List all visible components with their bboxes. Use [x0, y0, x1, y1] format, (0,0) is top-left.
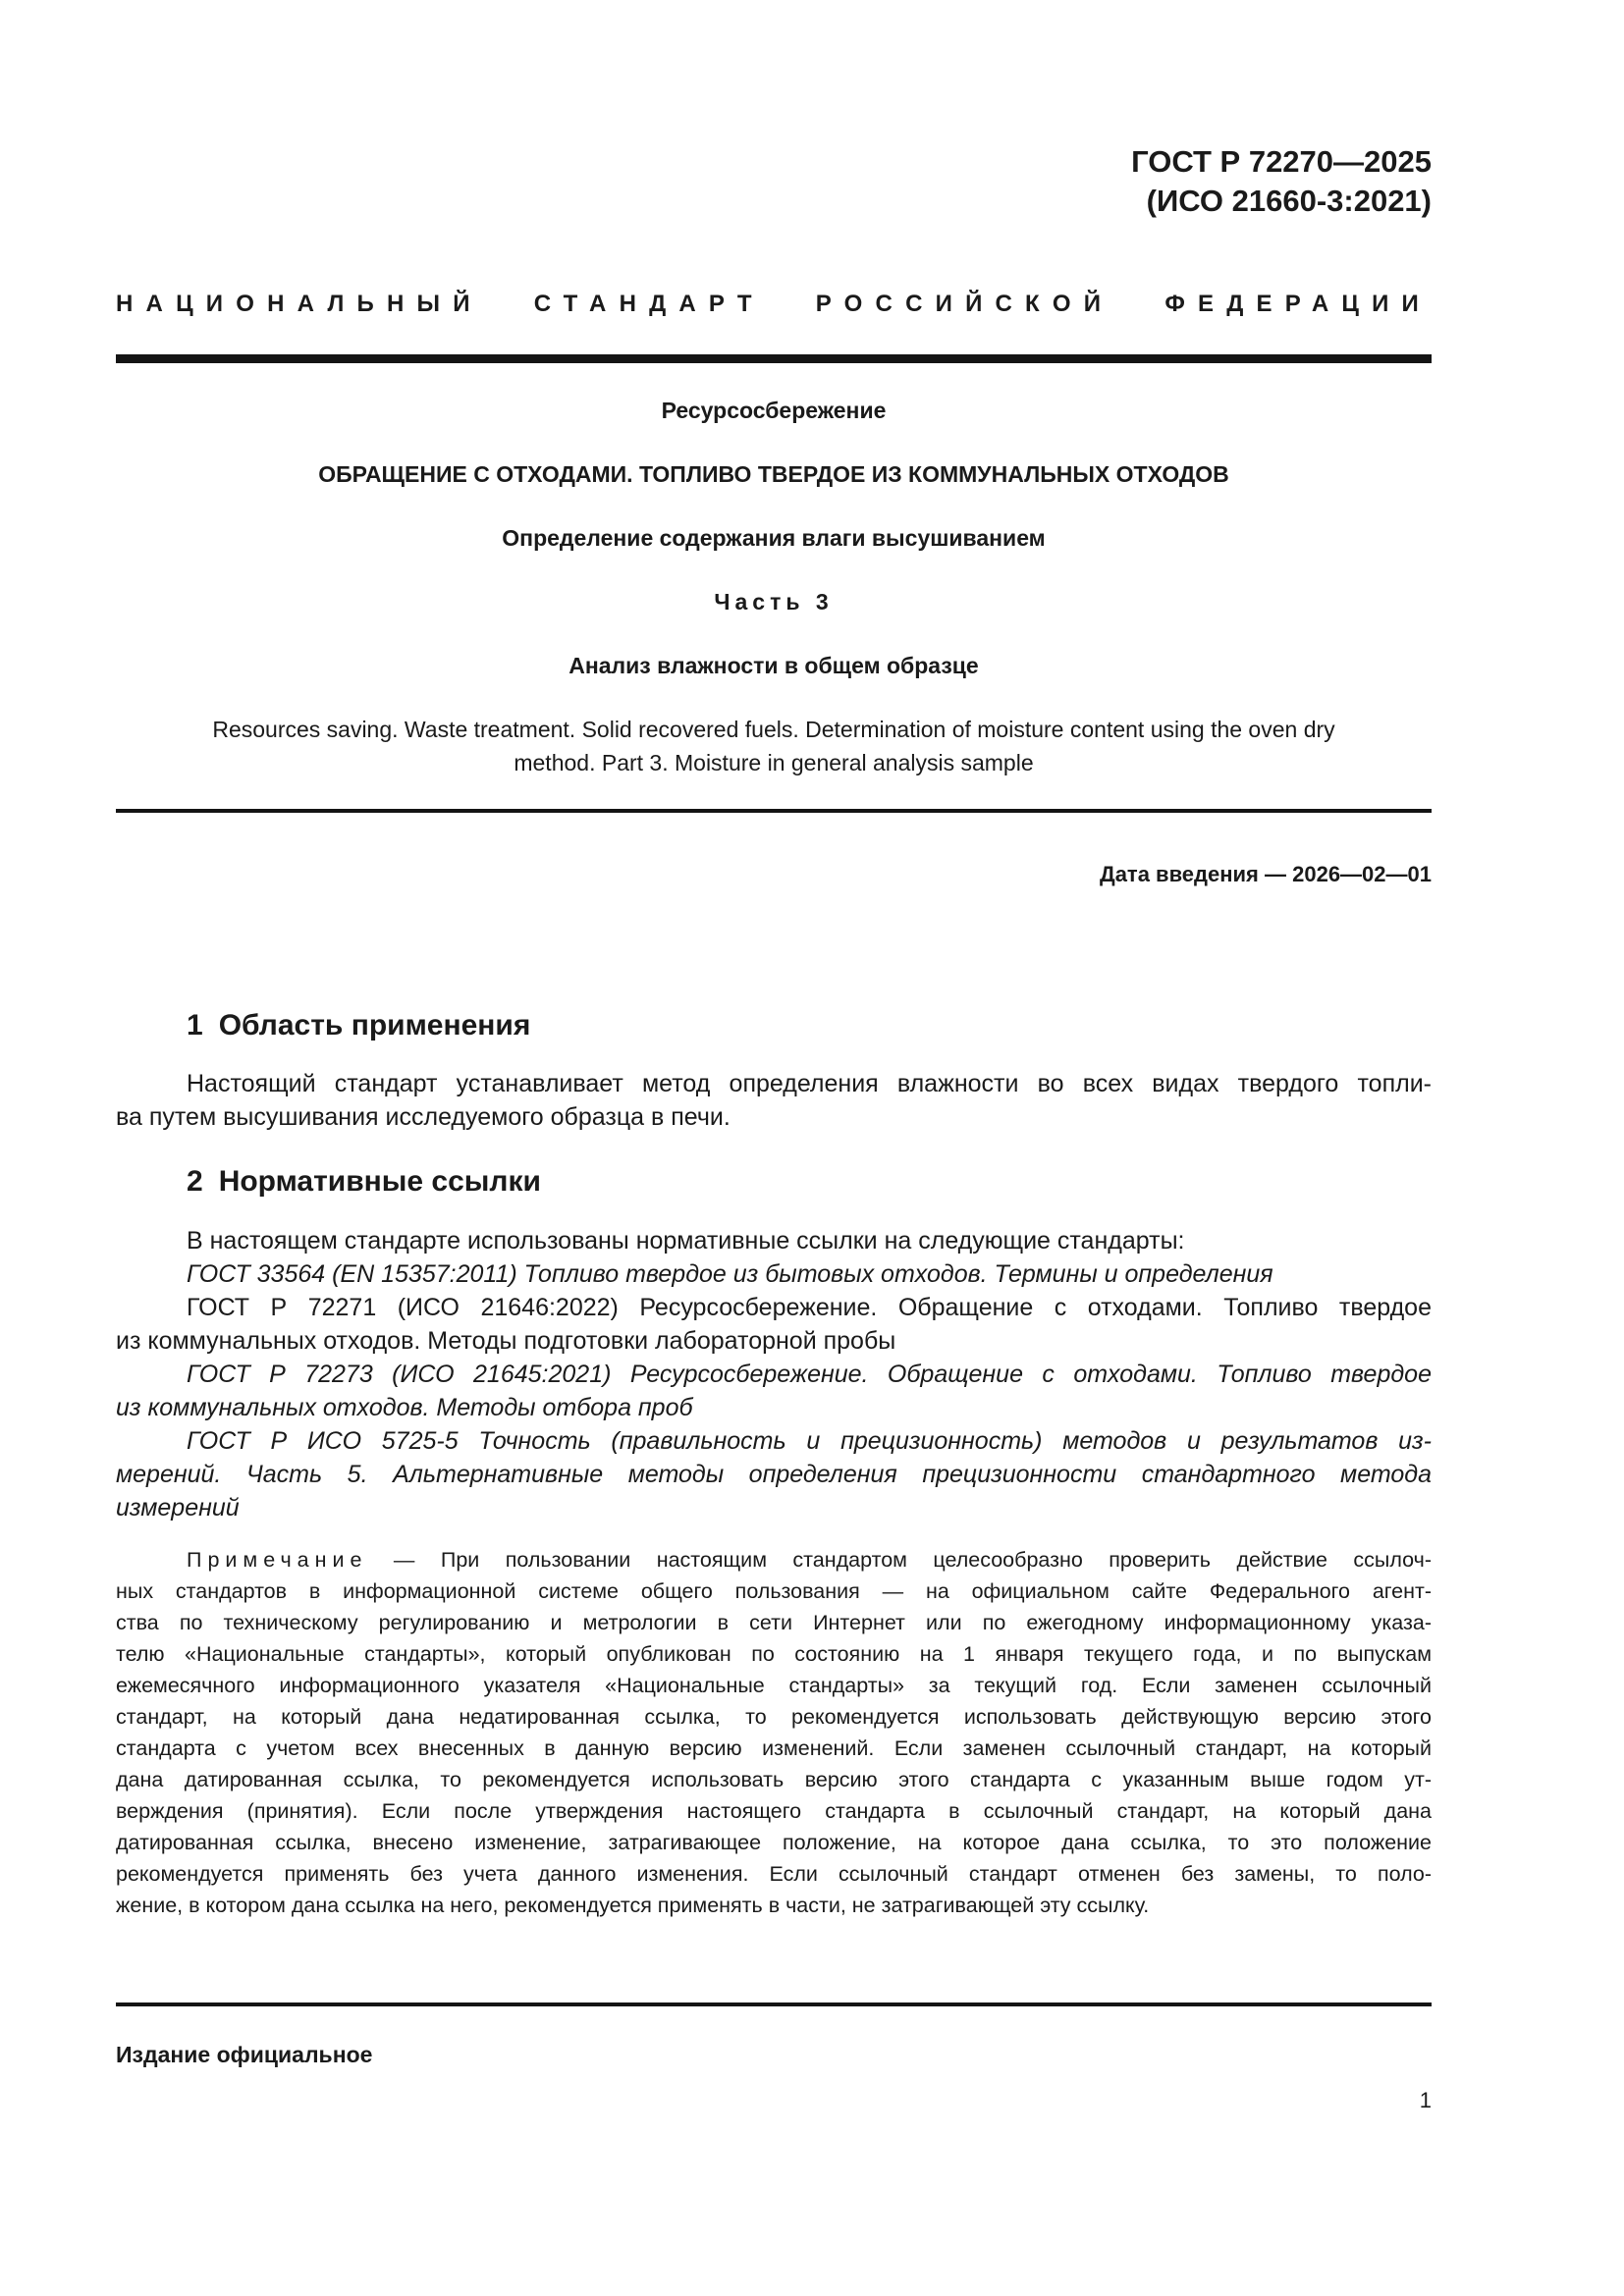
footer-rule: [116, 2002, 1432, 2006]
national-standard-title: НАЦИОНАЛЬНЫЙ СТАНДАРТ РОССИЙСКОЙ ФЕДЕРАЦ…: [116, 291, 1432, 318]
section-title: Область применения: [219, 1009, 531, 1041]
section-number: 1: [187, 1009, 203, 1041]
note-line: стандарт, на который дана недатированная…: [116, 1705, 1432, 1730]
note-line: ежемесячного информационного указателя «…: [116, 1674, 1432, 1698]
reference-item: ГОСТ 33564 (EN 15357:2011) Топливо тверд…: [187, 1260, 1432, 1289]
title-rule: [116, 809, 1432, 813]
main-title: ОБРАЩЕНИЕ С ОТХОДАМИ. ТОПЛИВО ТВЕРДОЕ ИЗ…: [116, 461, 1432, 488]
section-number: 2: [187, 1165, 203, 1198]
note-line: Примечание — При пользовании настоящим с…: [187, 1548, 1432, 1573]
references-intro: В настоящем стандарте использованы норма…: [187, 1227, 1432, 1255]
reference-item-cont: из коммунальных отходов. Методы подготов…: [116, 1327, 1432, 1356]
note-line: ных стандартов в информационной системе …: [116, 1579, 1432, 1604]
note-line: датированная ссылка, внесено изменение, …: [116, 1831, 1432, 1855]
section-title: Нормативные ссылки: [219, 1165, 541, 1198]
section-1-heading: 1Область применения: [187, 1009, 530, 1042]
iso-code: (ИСО 21660-3:2021): [1147, 183, 1432, 220]
effective-date: Дата введения — 2026—02—01: [116, 862, 1432, 887]
reference-item-cont: измерений: [116, 1494, 1432, 1522]
page-number: 1: [1420, 2088, 1432, 2113]
section-1-line: ва путем высушивания исследуемого образц…: [116, 1103, 1432, 1132]
note-line: ства по техническому регулированию и мет…: [116, 1611, 1432, 1635]
note-line: жение, в котором дана ссылка на него, ре…: [116, 1894, 1432, 1918]
official-edition-label: Издание официальное: [116, 2042, 372, 2068]
note-label: Примечание: [187, 1548, 367, 1572]
note-line: рекомендуется применять без учета данног…: [116, 1862, 1432, 1887]
note-line: дана датированная ссылка, то рекомендует…: [116, 1768, 1432, 1792]
standard-code: ГОСТ Р 72270—2025: [1131, 143, 1432, 181]
group-title: Ресурсосбережение: [116, 398, 1432, 424]
part-title: Анализ влажности в общем образце: [116, 653, 1432, 679]
subtitle: Определение содержания влаги высушивание…: [116, 525, 1432, 552]
reference-item: ГОСТ Р ИСО 5725-5 Точность (правильность…: [187, 1427, 1432, 1456]
english-title-line-2: method. Part 3. Moisture in general anal…: [116, 746, 1432, 779]
note-line: стандарта с учетом всех внесенных в данн…: [116, 1736, 1432, 1761]
reference-item-cont: мерений. Часть 5. Альтернативные методы …: [116, 1461, 1432, 1489]
section-1-line: Настоящий стандарт устанавливает метод о…: [187, 1070, 1432, 1098]
part-label: Часть 3: [116, 589, 1432, 615]
section-2-heading: 2Нормативные ссылки: [187, 1165, 541, 1199]
reference-item-cont: из коммунальных отходов. Методы отбора п…: [116, 1394, 1432, 1422]
note-line: телю «Национальные стандарты», который о…: [116, 1642, 1432, 1667]
header-rule: [116, 354, 1432, 363]
note-line: верждения (принятия). Если после утвержд…: [116, 1799, 1432, 1824]
english-title-line-1: Resources saving. Waste treatment. Solid…: [116, 713, 1432, 746]
reference-item: ГОСТ Р 72271 (ИСО 21646:2022) Ресурсосбе…: [187, 1294, 1432, 1322]
reference-item: ГОСТ Р 72273 (ИСО 21645:2021) Ресурсосбе…: [187, 1361, 1432, 1389]
